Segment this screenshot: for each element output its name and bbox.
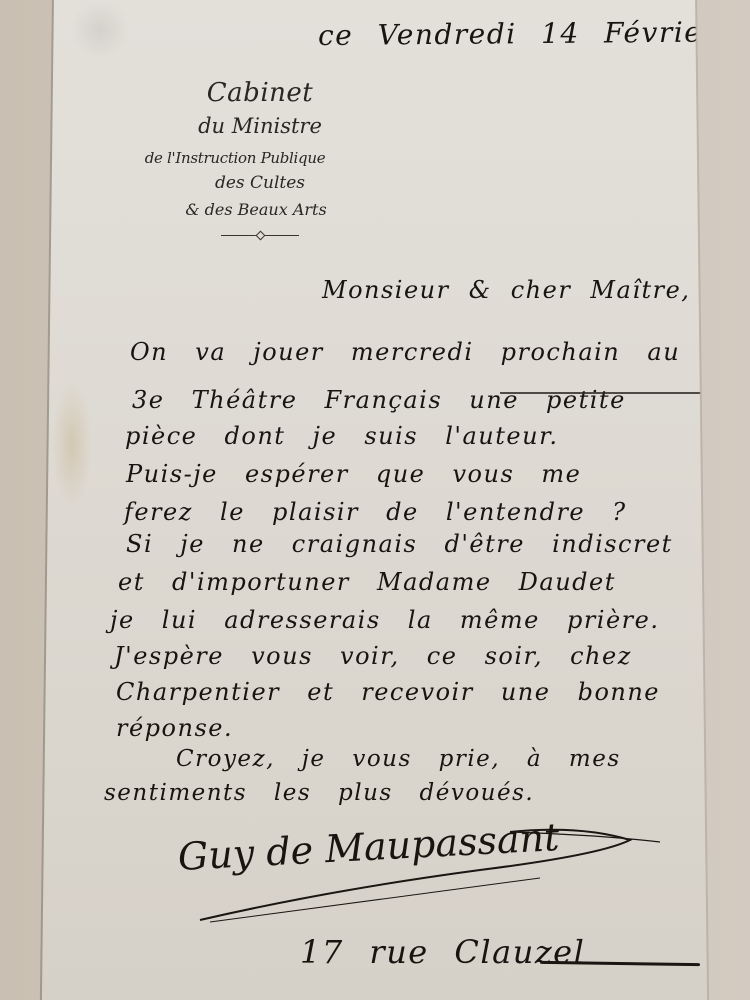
letter-salutation: Monsieur & cher Maître, <box>322 278 690 302</box>
closing-line: Croyez, je vous prie, à mes <box>176 748 621 771</box>
paper-stain <box>52 380 92 510</box>
letterhead-cabinet: Cabinet <box>140 80 380 106</box>
letterhead-ministre: du Ministre <box>140 116 380 137</box>
closing-line: sentiments les plus dévoués. <box>104 782 534 805</box>
letterhead-instruction: de l'Instruction Publique <box>90 151 380 166</box>
body-line: On va jouer mercredi prochain au <box>130 340 680 364</box>
letter-sheet: Cabinet du Ministre de l'Instruction Pub… <box>0 0 750 1000</box>
body-line: réponse. <box>116 716 233 740</box>
body-line: je lui adresserais la même prière. <box>110 608 659 632</box>
letterhead-beaux-arts: & des Beaux Arts <box>132 202 380 218</box>
body-line: Si je ne craignais d'être indiscret <box>126 532 673 556</box>
body-line: J'espère vous voir, ce soir, chez <box>114 644 632 668</box>
body-line: et d'importuner Madame Daudet <box>118 570 616 594</box>
letterhead-cultes: des Cultes <box>140 175 380 192</box>
body-line: Charpentier et recevoir une bonne <box>116 680 660 704</box>
body-line: ferez le plaisir de l'entendre ? <box>124 500 627 524</box>
letterhead-ornament-divider <box>221 232 299 238</box>
ink-stroke <box>500 392 710 394</box>
letter-date: ce Vendredi 14 Février. <box>318 18 725 50</box>
body-line: pièce dont je suis l'auteur. <box>125 424 559 448</box>
letterhead: Cabinet du Ministre de l'Instruction Pub… <box>140 70 380 238</box>
body-line: Puis-je espérer que vous me <box>126 462 581 486</box>
paper-smudge <box>70 0 130 60</box>
